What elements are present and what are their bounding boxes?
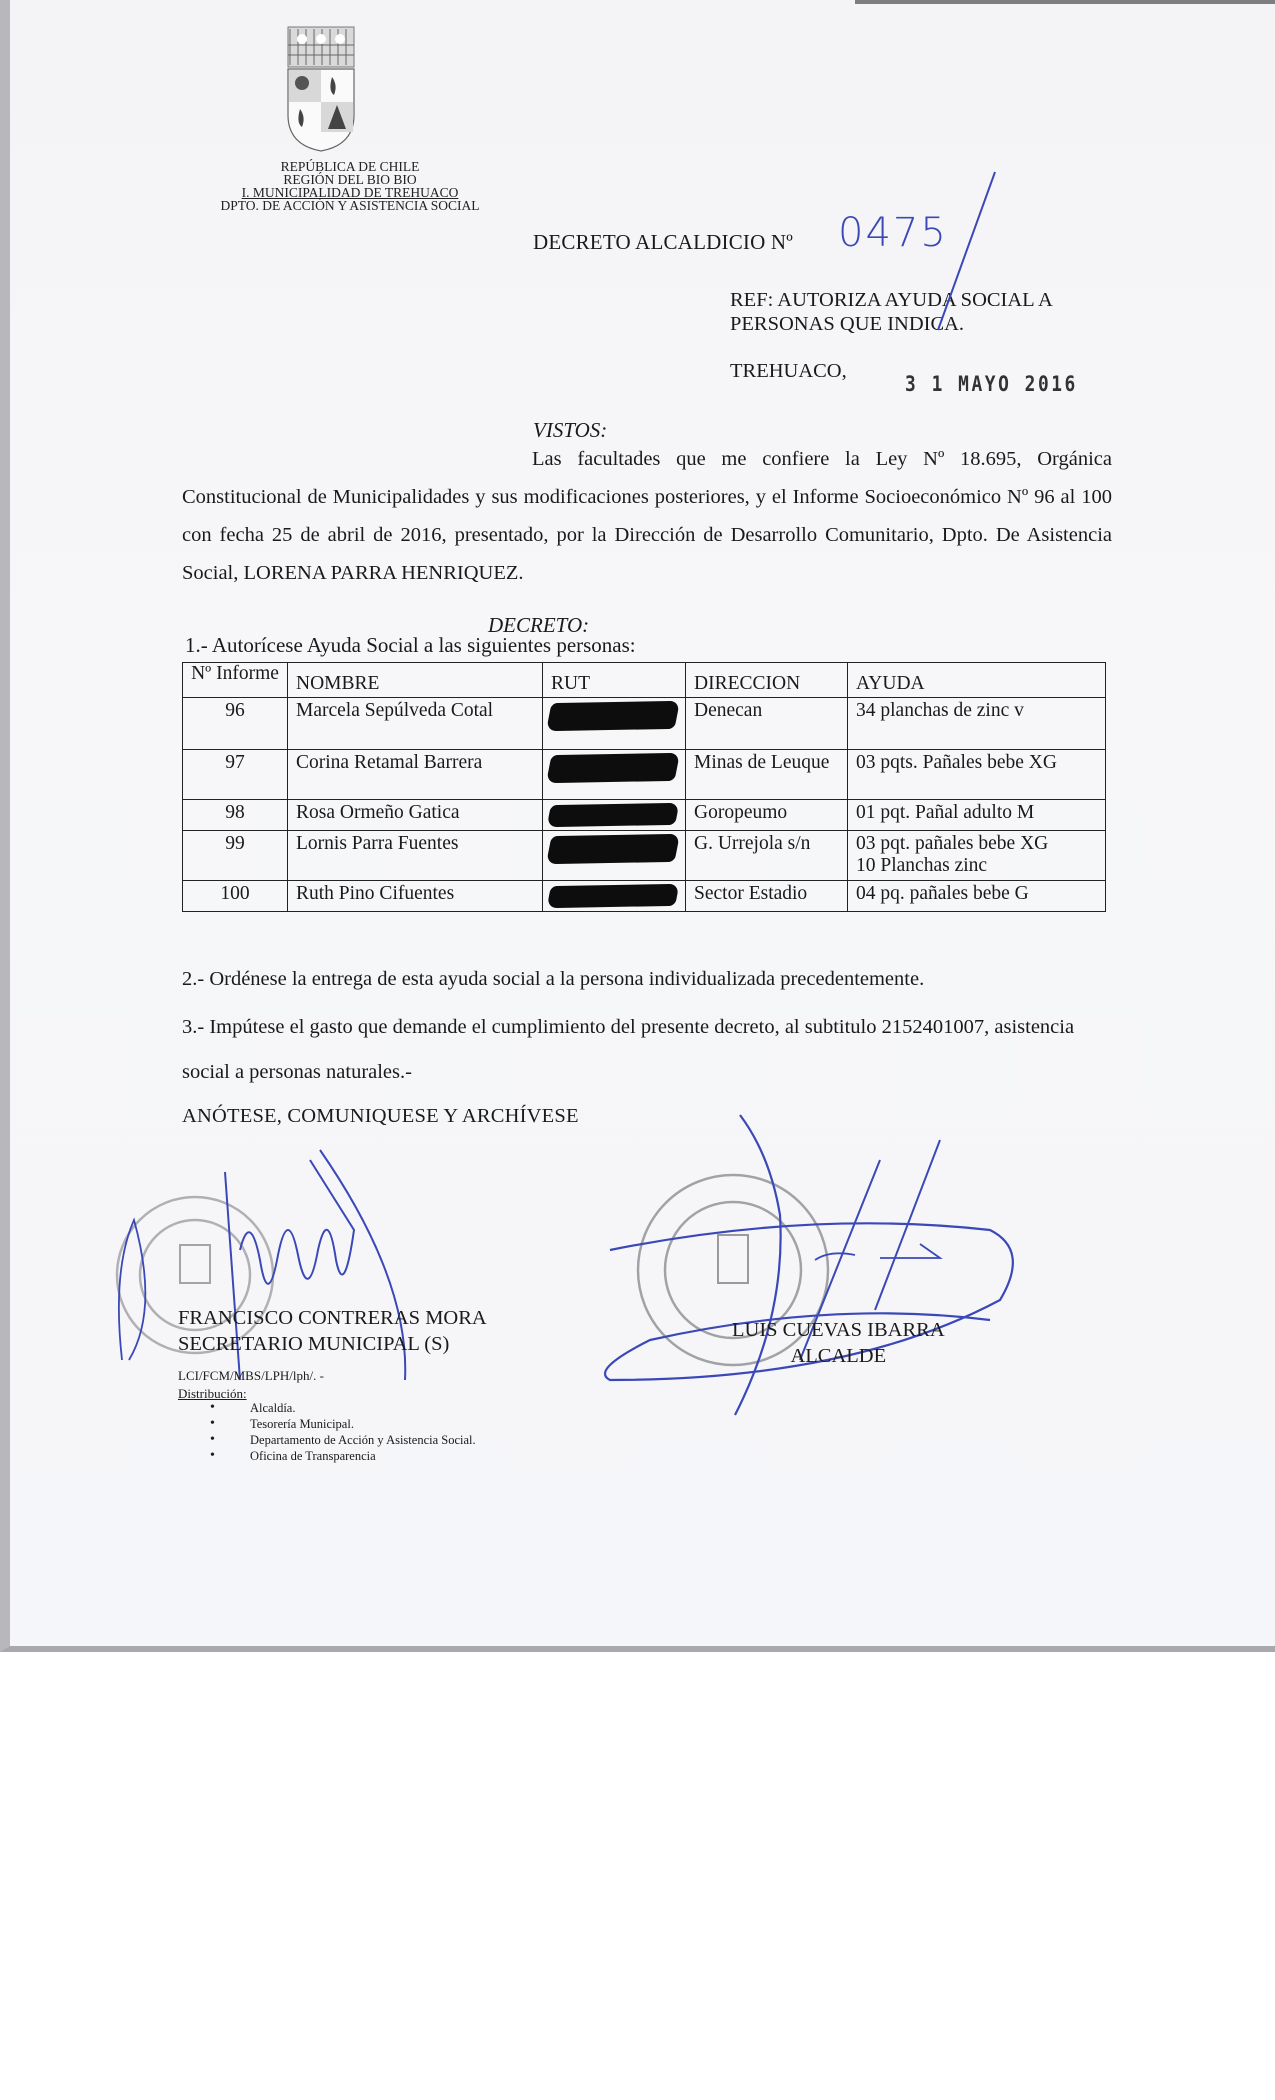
decree-item-1: 1.- Autorícese Ayuda Social a las siguie…	[185, 633, 636, 658]
vistos-paragraph: Las facultades que me confiere la Ley Nº…	[182, 440, 1112, 592]
col-header-informe: Nº Informe	[183, 663, 288, 698]
list-item: Tesorería Municipal.	[210, 1416, 476, 1432]
cell-direccion: Minas de Leuque	[686, 750, 848, 800]
municipal-crest-icon	[280, 25, 362, 155]
cell-ayuda: 03 pqts. Pañales bebe XG	[848, 750, 1106, 800]
redaction-bar	[546, 701, 680, 731]
cell-direccion: Denecan	[686, 698, 848, 750]
cell-ayuda: 04 pq. pañales bebe G	[848, 881, 1106, 912]
cell-informe: 96	[183, 698, 288, 750]
decree-place: TREHUACO,	[730, 360, 847, 383]
table-row: 97 Corina Retamal Barrera Minas de Leuqu…	[183, 750, 1106, 800]
closing-formula: ANÓTESE, COMUNIQUESE Y ARCHÍVESE	[182, 1105, 579, 1128]
cell-rut	[543, 750, 686, 800]
col-header-nombre: NOMBRE	[288, 663, 543, 698]
cell-direccion: G. Urrejola s/n	[686, 831, 848, 881]
list-item: Alcaldía.	[210, 1400, 476, 1416]
cell-rut	[543, 698, 686, 750]
cell-ayuda: 34 planchas de zinc v	[848, 698, 1106, 750]
cell-rut	[543, 831, 686, 881]
cell-informe: 99	[183, 831, 288, 881]
mayor-role: ALCALDE	[732, 1343, 945, 1369]
cell-nombre: Corina Retamal Barrera	[288, 750, 543, 800]
vistos-text: Las facultades que me confiere la Ley Nº…	[182, 448, 1112, 584]
cell-informe: 97	[183, 750, 288, 800]
header-line-department: DPTO. DE ACCIÓN Y ASISTENCIA SOCIAL	[160, 199, 540, 212]
cell-nombre: Lornis Parra Fuentes	[288, 831, 543, 881]
decree-item-2: 2.- Ordénese la entrega de esta ayuda so…	[182, 968, 1142, 991]
cell-informe: 100	[183, 881, 288, 912]
table-row: 100 Ruth Pino Cifuentes Sector Estadio 0…	[183, 881, 1106, 912]
decree-number-handwritten: 0475	[838, 210, 948, 256]
secretary-name: FRANCISCO CONTRERAS MORA	[178, 1305, 487, 1331]
reference-line-2: PERSONAS QUE INDICA.	[730, 312, 1053, 336]
cell-rut	[543, 800, 686, 831]
scanned-page: REPÚBLICA DE CHILE REGIÓN DEL BIO BIO I.…	[0, 0, 1275, 1652]
secretary-signature-block: FRANCISCO CONTRERAS MORA SECRETARIO MUNI…	[178, 1305, 487, 1357]
distribution-list: Alcaldía. Tesorería Municipal. Departame…	[210, 1400, 476, 1464]
document-initials: LCI/FCM/MBS/LPH/lph/. -	[178, 1368, 324, 1384]
cell-nombre: Marcela Sepúlveda Cotal	[288, 698, 543, 750]
redaction-bar	[547, 884, 680, 908]
date-stamp: 3 1 MAYO 2016	[905, 372, 1078, 396]
col-header-direccion: DIRECCION	[686, 663, 848, 698]
cell-rut	[543, 881, 686, 912]
cell-nombre: Rosa Ormeño Gatica	[288, 800, 543, 831]
col-header-rut: RUT	[543, 663, 686, 698]
cell-informe: 98	[183, 800, 288, 831]
decree-title: DECRETO ALCALDICIO Nº	[533, 230, 793, 255]
col-header-ayuda: AYUDA	[848, 663, 1106, 698]
cell-ayuda: 03 pqt. pañales bebe XG 10 Planchas zinc	[848, 831, 1106, 881]
cell-ayuda: 01 pqt. Pañal adulto M	[848, 800, 1106, 831]
institution-header: REPÚBLICA DE CHILE REGIÓN DEL BIO BIO I.…	[160, 160, 540, 212]
redaction-bar	[546, 753, 680, 783]
reference-line-1: REF: AUTORIZA AYUDA SOCIAL A	[730, 288, 1053, 312]
table-row: 99 Lornis Parra Fuentes G. Urrejola s/n …	[183, 831, 1106, 881]
decree-reference: REF: AUTORIZA AYUDA SOCIAL A PERSONAS QU…	[730, 288, 1053, 336]
redaction-bar	[546, 834, 680, 864]
mayor-name: LUIS CUEVAS IBARRA	[732, 1317, 945, 1343]
list-item: Oficina de Transparencia	[210, 1448, 476, 1464]
cell-nombre: Ruth Pino Cifuentes	[288, 881, 543, 912]
decree-item-3: 3.- Impútese el gasto que demande el cum…	[182, 1005, 1112, 1095]
mayor-signature-block: LUIS CUEVAS IBARRA ALCALDE	[732, 1317, 945, 1369]
table-row: 96 Marcela Sepúlveda Cotal Denecan 34 pl…	[183, 698, 1106, 750]
aid-recipients-table: Nº Informe NOMBRE RUT DIRECCION AYUDA 96…	[182, 662, 1106, 912]
redaction-bar	[547, 803, 680, 827]
list-item: Departamento de Acción y Asistencia Soci…	[210, 1432, 476, 1448]
table-row: 98 Rosa Ormeño Gatica Goropeumo 01 pqt. …	[183, 800, 1106, 831]
secretary-role: SECRETARIO MUNICIPAL (S)	[178, 1331, 487, 1357]
cell-direccion: Sector Estadio	[686, 881, 848, 912]
cell-direccion: Goropeumo	[686, 800, 848, 831]
table-header-row: Nº Informe NOMBRE RUT DIRECCION AYUDA	[183, 663, 1106, 698]
